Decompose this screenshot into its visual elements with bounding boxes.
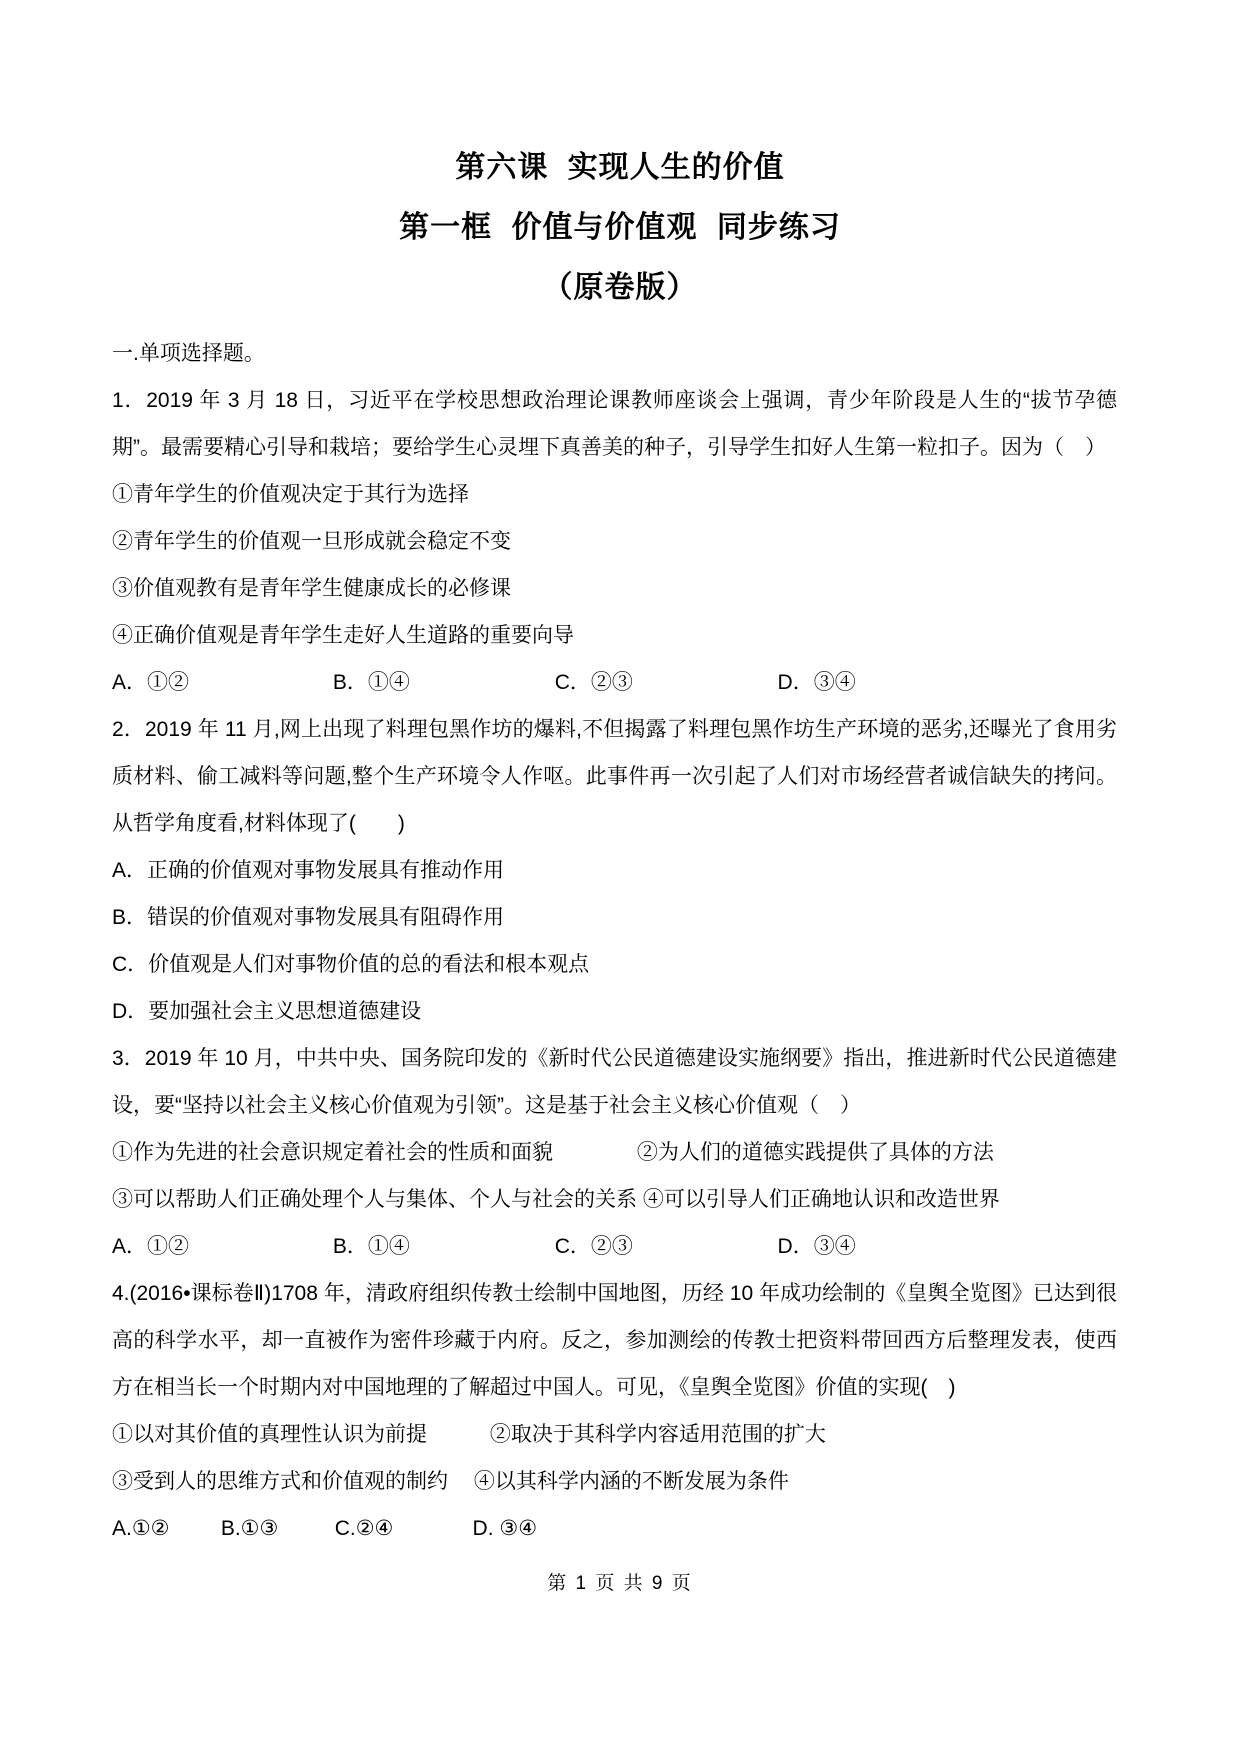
question-4-items-row-1: ①以对其价值的真理性认识为前提 ②取决于其科学内容适用范围的扩大	[112, 1411, 1117, 1458]
question-1-option-d: D．③④	[778, 659, 856, 706]
question-4-options-row: A.①② B.①③ C.②④ D. ③④	[112, 1505, 1117, 1552]
question-1-option-c: C．②③	[555, 659, 772, 706]
document-title-block: 第六课 实现人生的价值 第一框 价值与价值观 同步练习 （原卷版）	[0, 0, 1240, 318]
question-3-option-b: B．①④	[333, 1223, 549, 1270]
question-4-option-d: D. ③④	[473, 1505, 538, 1552]
question-3-options-row: A．①② B．①④ C．②③ D．③④	[112, 1223, 1117, 1270]
question-4-item-1: ①以对其价值的真理性认识为前提	[112, 1411, 484, 1458]
question-3-items-row-1: ①作为先进的社会意识规定着社会的性质和面貌 ②为人们的道德实践提供了具体的方法	[112, 1129, 1117, 1176]
question-2-option-c: C．价值观是人们对事物价值的总的看法和根本观点	[112, 941, 1117, 988]
question-4-option-a: A.①②	[112, 1505, 215, 1552]
question-3-item-3: ③可以帮助人们正确处理个人与集体、个人与社会的关系	[112, 1176, 637, 1223]
question-4-stem: 4.(2016•课标卷Ⅱ)1708 年，清政府组织传教士绘制中国地图，历经 10…	[112, 1270, 1117, 1411]
question-4-items-row-2: ③受到人的思维方式和价值观的制约 ④以其科学内涵的不断发展为条件	[112, 1458, 1117, 1505]
question-2-option-a: A．正确的价值观对事物发展具有推动作用	[112, 847, 1117, 894]
question-1-option-b: B．①④	[333, 659, 549, 706]
page-number: 第 1 页 共 9 页	[0, 1560, 1240, 1607]
question-2-option-d: D．要加强社会主义思想道德建设	[112, 988, 1117, 1035]
question-1-option-a: A．①②	[112, 659, 327, 706]
worksheet-page: 第六课 实现人生的价值 第一框 价值与价值观 同步练习 （原卷版） 一.单项选择…	[0, 0, 1240, 1754]
question-1-stem: 1．2019 年 3 月 18 日，习近平在学校思想政治理论课教师座谈会上强调，…	[112, 377, 1117, 471]
question-3-item-2: ②为人们的道德实践提供了具体的方法	[637, 1129, 994, 1176]
doc-title-version: （原卷版）	[0, 258, 1240, 318]
question-4-option-b: B.①③	[221, 1505, 329, 1552]
question-3-item-1: ①作为先进的社会意识规定着社会的性质和面貌	[112, 1129, 631, 1176]
question-3-item-4: ④可以引导人们正确地认识和改造世界	[643, 1176, 1000, 1223]
question-4-item-2: ②取决于其科学内容适用范围的扩大	[490, 1411, 826, 1458]
question-2-stem: 2．2019 年 11 月,网上出现了料理包黑作坊的爆料,不但揭露了料理包黑作坊…	[112, 706, 1117, 847]
question-1-item-3: ③价值观教有是青年学生健康成长的必修课	[112, 565, 1117, 612]
document-body: 一.单项选择题。 1．2019 年 3 月 18 日，习近平在学校思想政治理论课…	[112, 330, 1117, 1552]
question-3-option-d: D．③④	[778, 1223, 856, 1270]
question-4-option-c: C.②④	[335, 1505, 467, 1552]
question-4-item-3: ③受到人的思维方式和价值观的制约	[112, 1458, 468, 1505]
question-1-item-1: ①青年学生的价值观决定于其行为选择	[112, 471, 1117, 518]
question-3-option-a: A．①②	[112, 1223, 327, 1270]
question-3-stem: 3．2019 年 10 月，中共中央、国务院印发的《新时代公民道德建设实施纲要》…	[112, 1035, 1117, 1129]
question-1-item-2: ②青年学生的价值观一旦形成就会稳定不变	[112, 518, 1117, 565]
question-1-item-4: ④正确价值观是青年学生走好人生道路的重要向导	[112, 612, 1117, 659]
doc-title-section: 第一框 价值与价值观 同步练习	[0, 198, 1240, 258]
question-1-options-row: A．①② B．①④ C．②③ D．③④	[112, 659, 1117, 706]
section-heading: 一.单项选择题。	[112, 330, 1117, 377]
question-3-items-row-2: ③可以帮助人们正确处理个人与集体、个人与社会的关系 ④可以引导人们正确地认识和改…	[112, 1176, 1117, 1223]
question-3-option-c: C．②③	[555, 1223, 772, 1270]
question-4-item-4: ④以其科学内涵的不断发展为条件	[474, 1458, 789, 1505]
question-2-option-b: B．错误的价值观对事物发展具有阻碍作用	[112, 894, 1117, 941]
doc-title-lesson: 第六课 实现人生的价值	[0, 138, 1240, 198]
